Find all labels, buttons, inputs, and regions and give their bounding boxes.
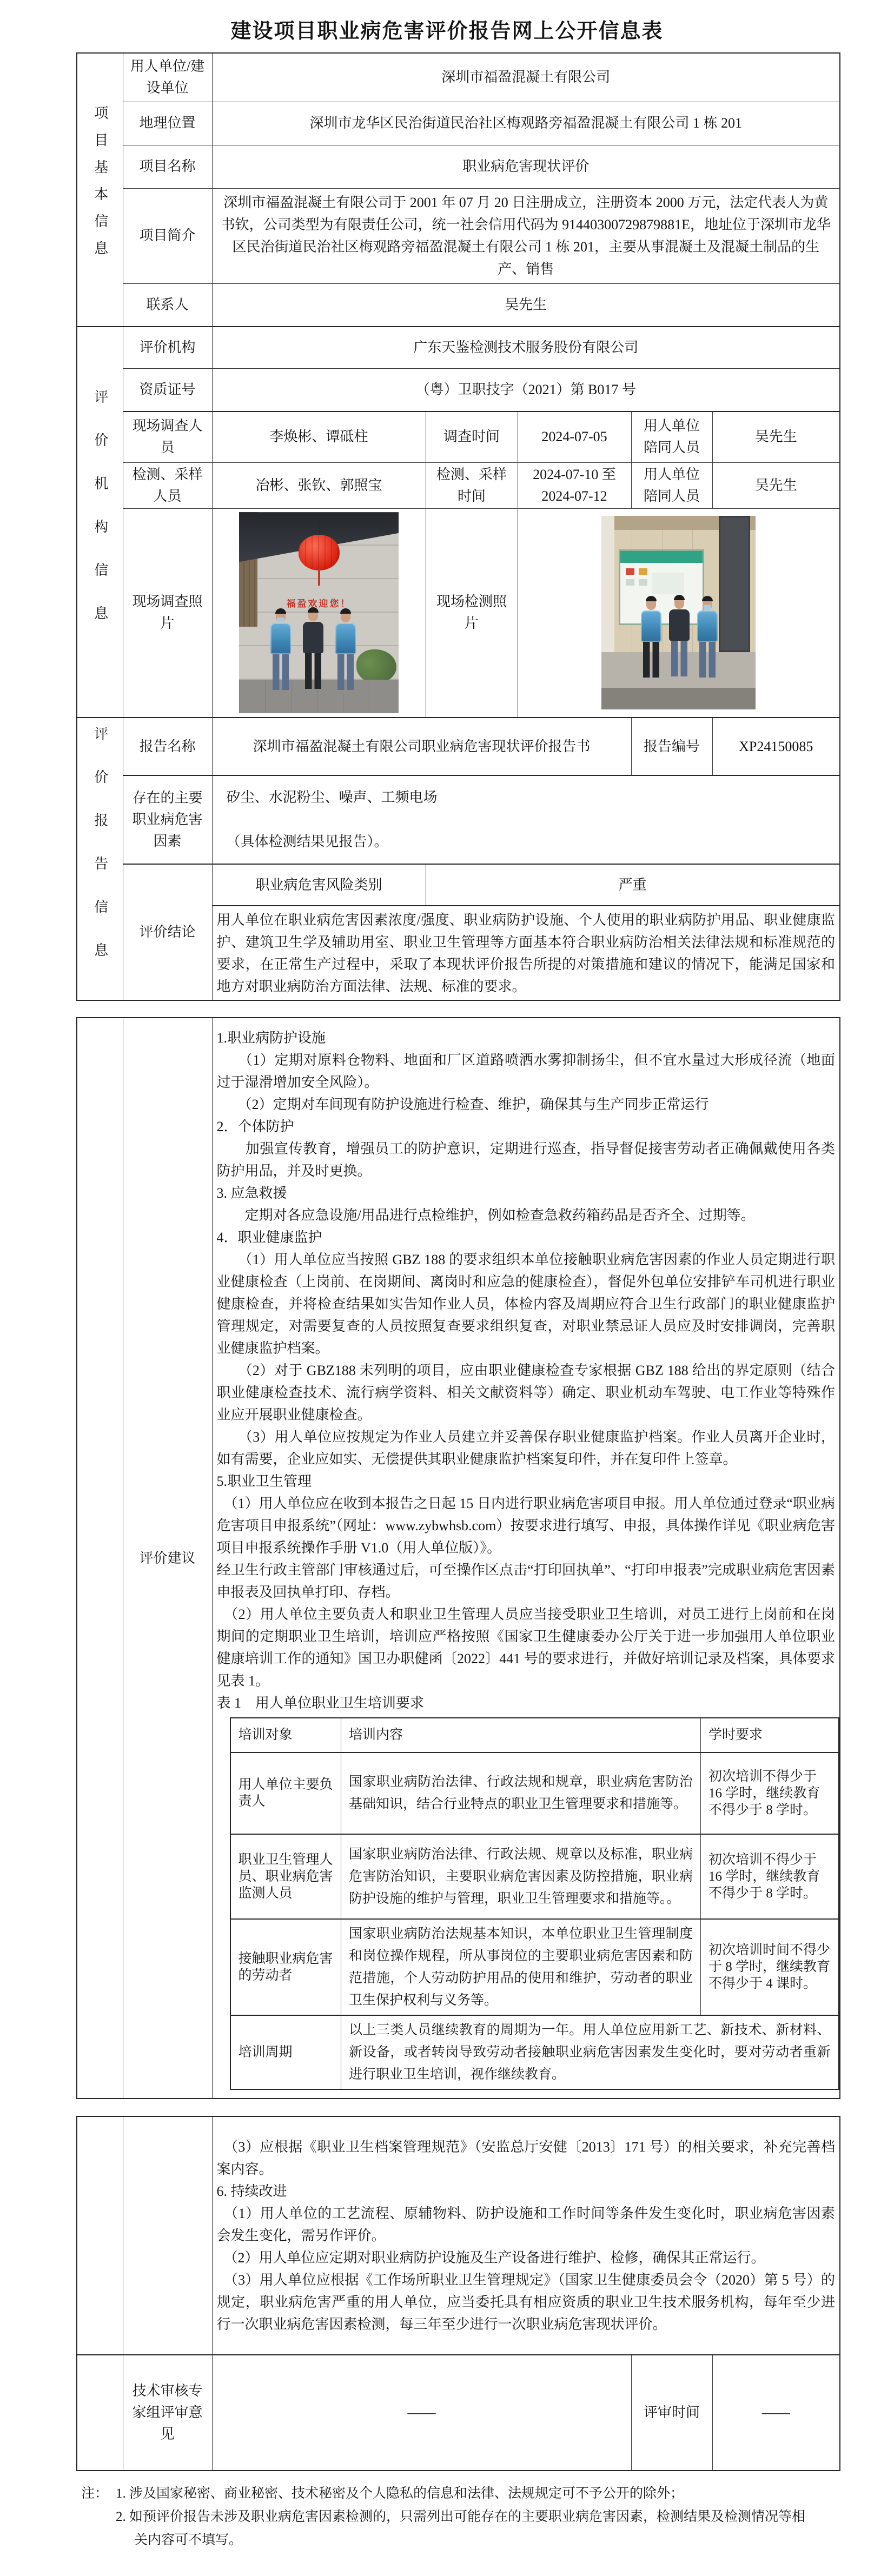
lantern-string [319, 520, 320, 536]
report-name-value-cell: 深圳市福盈混凝土有限公司职业病危害现状评价报告书 [212, 718, 631, 775]
location-value-cell: 深圳市龙华区民治街道民治社区梅观路旁福盈混凝土有限公司 1 栋 201 [212, 102, 840, 145]
sampling-time-label-cell: 检测、采样时间 [426, 462, 518, 508]
training-requirements-table: 培训对象 培训内容 学时要求 用人单位主要负责人 国家职业病防治法律、行政法规和… [230, 1717, 839, 2090]
review-opinion-value-cell: —— [212, 2355, 631, 2471]
table-segment-2: 评价建议 1.职业病防护设施 （1）定期对原料仓物料、地面和厂区道路喷洒水雾抑制… [76, 1017, 840, 2099]
project-name-label-cell: 项目名称 [123, 145, 212, 188]
advice-paragraph: （2）定期对车间现有防护设施进行检查、维护，确保其与生产同步正常运行 [217, 1093, 836, 1116]
escort1-value-cell: 吴先生 [712, 411, 840, 462]
training-header-hours: 学时要求 [701, 1718, 839, 1752]
conclusion-label-cell: 评价结论 [123, 864, 212, 1000]
project-brief-text: 深圳市福盈混凝土有限公司于 2001 年 07 月 20 日注册成立，注册资本 … [217, 191, 836, 280]
red-lantern [299, 535, 340, 570]
footnote-item: 2. 如预评价报告未涉及职业病危害因素检测的，只需列出可能存在的主要职业病危害因… [116, 2505, 817, 2552]
conclusion-text: 用人单位在职业病危害因素浓度/强度、职业病防护设施、个人使用的职业病防护用品、职… [217, 909, 836, 998]
photo-plant [356, 649, 396, 683]
agency-value-cell: 广东天鉴检测技术服务股份有限公司 [212, 327, 840, 368]
sampling-time-value-cell: 2024-07-10 至 2024-07-12 [518, 462, 631, 508]
advice-paragraph: （3）应根据《职业卫生档案管理规范》（安监总厅安健〔2013〕171 号）的相关… [217, 2136, 836, 2180]
training-row-content: 国家职业病防治法律、行政法规和规章，职业病危害防治基础知识，结合行业特点的职业卫… [341, 1752, 701, 1834]
table-segment-3: （3）应根据《职业卫生档案管理规范》（安监总厅安健〔2013〕171 号）的相关… [76, 2116, 840, 2471]
survey-time-label-cell: 调查时间 [426, 411, 518, 462]
training-row-content-text: 国家职业病防治法律、行政法规、规章以及标准，职业病危害防治知识，主要职业病危害因… [349, 1843, 693, 1910]
bulletin-note [626, 568, 634, 575]
location-label-cell: 地理位置 [123, 102, 212, 145]
footnote-body: 1. 涉及国家秘密、商业秘密、技术秘密及个人隐私的信息和法律、法规规定可不予公开… [116, 2482, 817, 2552]
advice-paragraph: 3. 应急救援 [217, 1182, 836, 1204]
inspection-photo-cell [518, 508, 840, 718]
advice-paragraph: 1.职业病防护设施 [217, 1027, 836, 1049]
bulletin-note [639, 568, 647, 575]
training-row-content: 国家职业病防治法律、行政法规、规章以及标准，职业病危害防治知识，主要职业病危害因… [341, 1834, 701, 1919]
group-column-continuation [77, 2355, 123, 2471]
escort1-label-cell: 用人单位陪同人员 [631, 411, 712, 462]
escort2-label-cell: 用人单位陪同人员 [631, 462, 712, 508]
group-label-basic-info: 项目基本信息 [77, 53, 123, 327]
footnotes: 注： 1. 涉及国家秘密、商业秘密、技术秘密及个人隐私的信息和法律、法规规定可不… [81, 2482, 817, 2552]
escort2-value-cell: 吴先生 [712, 462, 840, 508]
sampling-people-label-cell: 检测、采样人员 [123, 462, 212, 508]
photo-column [601, 516, 614, 652]
group-label-basic-info-text: 项目基本信息 [89, 105, 111, 268]
bulletin-board-header [620, 551, 703, 563]
footnote-item: 1. 涉及国家秘密、商业秘密、技术秘密及个人隐私的信息和法律、法规规定可不予公开… [116, 2482, 817, 2505]
inspection-photo-label-cell: 现场检测照片 [426, 508, 518, 718]
advice-paragraph: 5.职业卫生管理 [217, 1470, 836, 1492]
training-row-hours: 初次培训不得少于 16 学时，继续教育不得少于 8 学时。 [701, 1834, 839, 1919]
advice-content-page3-cell: （3）应根据《职业卫生档案管理规范》（安监总厅安健〔2013〕171 号）的相关… [212, 2116, 840, 2355]
person-figure [667, 595, 691, 676]
group-label-report-info: 评价报告信息 [77, 718, 123, 1000]
advice-paragraph: （3）用人单位应按规定为作业人员建立并妥善保存职业健康监护档案。作业人员离开企业… [217, 1426, 836, 1470]
advice-paragraph: （1）用人单位应当按照 GBZ 188 的要求组织本单位接触职业病危害因素的作业… [217, 1249, 836, 1359]
training-row-content-text: 以上三类人员继续教育的周期为一年。用人单位应用新工艺、新技术、新材料、新设备，或… [349, 2019, 831, 2086]
advice-paragraph: （2）用人单位主要负责人和职业卫生管理人员应当接受职业卫生培训，对员工进行上岗前… [217, 1603, 836, 1692]
training-header-content: 培训内容 [341, 1718, 701, 1752]
contact-value-cell: 吴先生 [212, 283, 840, 327]
page-break [0, 1001, 894, 1017]
advice-paragraph: （3）用人单位应根据《工作场所职业卫生管理规定》（国家卫生健康委员会令（2020… [217, 2269, 836, 2335]
report-no-value-cell: XP24150085 [712, 718, 840, 775]
advice-paragraph: 6. 持续改进 [217, 2180, 836, 2202]
page-title: 建设项目职业病危害评价报告网上公开信息表 [230, 20, 663, 43]
footnote-label: 注： [81, 2482, 116, 2552]
training-row-content-text: 国家职业病防治法律、行政法规和规章，职业病危害防治基础知识，结合行业特点的职业卫… [349, 1771, 693, 1815]
group-label-report-info-text: 评价报告信息 [89, 726, 111, 986]
group-column-continuation [77, 1018, 123, 2099]
training-row-target: 用人单位主要负责人 [230, 1752, 341, 1834]
survey-time-value-cell: 2024-07-05 [518, 411, 631, 462]
advice-paragraph: （1）定期对原料仓物料、地面和厂区道路喷洒水雾抑制扬尘，但不宜水量过大形成径流（… [217, 1049, 836, 1093]
bulletin-note [639, 579, 647, 586]
contact-label-cell: 联系人 [123, 283, 212, 327]
photo-door [719, 516, 750, 652]
group-column-continuation [77, 2116, 123, 2355]
review-time-label-cell: 评审时间 [631, 2355, 712, 2471]
table-segment-1: 项目基本信息 用人单位/建设单位 深圳市福盈混凝土有限公司 地理位置 深圳市龙华… [76, 52, 840, 1001]
report-no-label-cell: 报告编号 [631, 718, 712, 775]
inspection-photo [601, 516, 756, 709]
employer-label-cell: 用人单位/建设单位 [123, 53, 212, 102]
hazards-list: 矽尘、水泥粉尘、噪声、工频电场 [227, 787, 826, 808]
advice-paragraph: （2）用人单位应定期对职业病防护设施及生产设备进行维护、检修，确保其正常运行。 [217, 2247, 836, 2269]
risk-category-value-cell: 严重 [426, 864, 840, 906]
training-row-hours: 初次培训时间不得少于 8 学时，继续教育不得少于 4 课时。 [701, 1919, 839, 2015]
advice-label-cell: 评价建议 [123, 1018, 212, 2099]
training-row-content-text: 国家职业病防治法规基本知识，本单位职业卫生管理制度和岗位操作规程，所从事岗位的主… [349, 1923, 693, 2011]
person-figure [334, 608, 357, 690]
page-break [0, 2099, 894, 2116]
training-table-caption: 表 1 用人单位职业卫生培训要求 [217, 1692, 836, 1714]
training-row-hours: 初次培训不得少于 16 学时，继续教育不得少于 8 学时。 [701, 1752, 839, 1834]
advice-paragraph: 4．职业健康监护 [217, 1226, 836, 1249]
advice-paragraph: 定期对各应急设施/用品进行点检维护，例如检查急救药箱药品是否齐全、过期等。 [217, 1204, 836, 1226]
hazards-label-cell: 存在的主要职业病危害因素 [123, 775, 212, 864]
cert-no-label-cell: 资质证号 [123, 368, 212, 411]
hazards-note: （具体检测结果见报告）。 [227, 831, 826, 853]
person-figure [696, 596, 719, 678]
advice-paragraph: 加强宣传教育，增强员工的防护意识，定期进行巡查，指导督促接害劳动者正确佩戴使用各… [217, 1138, 836, 1182]
photo-pavement [601, 688, 756, 709]
advice-content-page2-cell: 1.职业病防护设施 （1）定期对原料仓物料、地面和厂区道路喷洒水雾抑制扬尘，但不… [212, 1018, 840, 2099]
cert-no-value-cell: （粤）卫职技字（2021）第 B017 号 [212, 368, 840, 411]
training-row-target: 职业卫生管理人员、职业病危害监测人员 [230, 1834, 341, 1919]
training-header-target: 培训对象 [230, 1718, 341, 1752]
agency-label-cell: 评价机构 [123, 327, 212, 368]
advice-paragraph: 经卫生行政主管部门审核通过后，可至操作区点击“打印回执单”、“打印申报表”完成职… [217, 1559, 836, 1603]
advice-paragraph: （1）用人单位应在收到本报告之日起 15 日内进行职业病危害项目申报。用人单位通… [217, 1492, 836, 1559]
project-brief-label-cell: 项目简介 [123, 188, 212, 283]
employer-value-cell: 深圳市福盈混凝土有限公司 [212, 53, 840, 102]
survey-photo-label-cell: 现场调查照片 [123, 508, 212, 718]
survey-photo-cell: 福盈欢迎您！ [212, 508, 426, 718]
project-name-value-cell: 职业病危害现状评价 [212, 145, 840, 188]
advice-label-continuation-cell [123, 2116, 212, 2355]
review-time-value-cell: —— [712, 2355, 840, 2471]
training-row-target: 接触职业病危害的劳动者 [230, 1919, 341, 2015]
lantern-tassel [318, 569, 320, 586]
bulletin-note [626, 579, 634, 586]
training-row-content: 以上三类人员继续教育的周期为一年。用人单位应用新工艺、新技术、新材料、新设备，或… [341, 2015, 839, 2089]
person-figure [301, 607, 325, 689]
title-block: 建设项目职业病危害评价报告网上公开信息表 [0, 0, 894, 52]
advice-paragraph: （2）对于 GBZ188 未列明的项目，应由职业健康检查专家根据 GBZ 188… [217, 1359, 836, 1426]
group-label-agency-info-text: 评价机构信息 [89, 389, 111, 649]
person-figure [269, 608, 293, 690]
conclusion-value-cell: 用人单位在职业病危害因素浓度/强度、职业病防护设施、个人使用的职业病防护用品、职… [212, 906, 840, 1000]
review-opinion-label-cell: 技术审核专家组评审意见 [123, 2355, 212, 2471]
survey-people-value-cell: 李焕彬、谭砥柱 [212, 411, 426, 462]
survey-photo: 福盈欢迎您！ [239, 512, 399, 713]
training-row-content: 国家职业病防治法规基本知识，本单位职业卫生管理制度和岗位操作规程，所从事岗位的主… [341, 1919, 701, 2015]
group-label-agency-info: 评价机构信息 [77, 327, 123, 718]
risk-category-label-cell: 职业病危害风险类别 [212, 864, 426, 906]
advice-paragraph: （1）用人单位的工艺流程、原辅物料、防护设施和工作时间等条件发生变化时，职业病危… [217, 2202, 836, 2247]
project-brief-value-cell: 深圳市福盈混凝土有限公司于 2001 年 07 月 20 日注册成立，注册资本 … [212, 188, 840, 283]
person-figure [639, 596, 663, 678]
report-name-label-cell: 报告名称 [123, 718, 212, 775]
training-row-target: 培训周期 [230, 2015, 341, 2089]
hazards-value-cell: 矽尘、水泥粉尘、噪声、工频电场 （具体检测结果见报告）。 [212, 775, 840, 864]
advice-paragraph: 2．个体防护 [217, 1116, 836, 1138]
sampling-people-value-cell: 冶彬、张钦、郭照宝 [212, 462, 426, 508]
bulletin-note [652, 573, 684, 594]
survey-people-label-cell: 现场调查人员 [123, 411, 212, 462]
